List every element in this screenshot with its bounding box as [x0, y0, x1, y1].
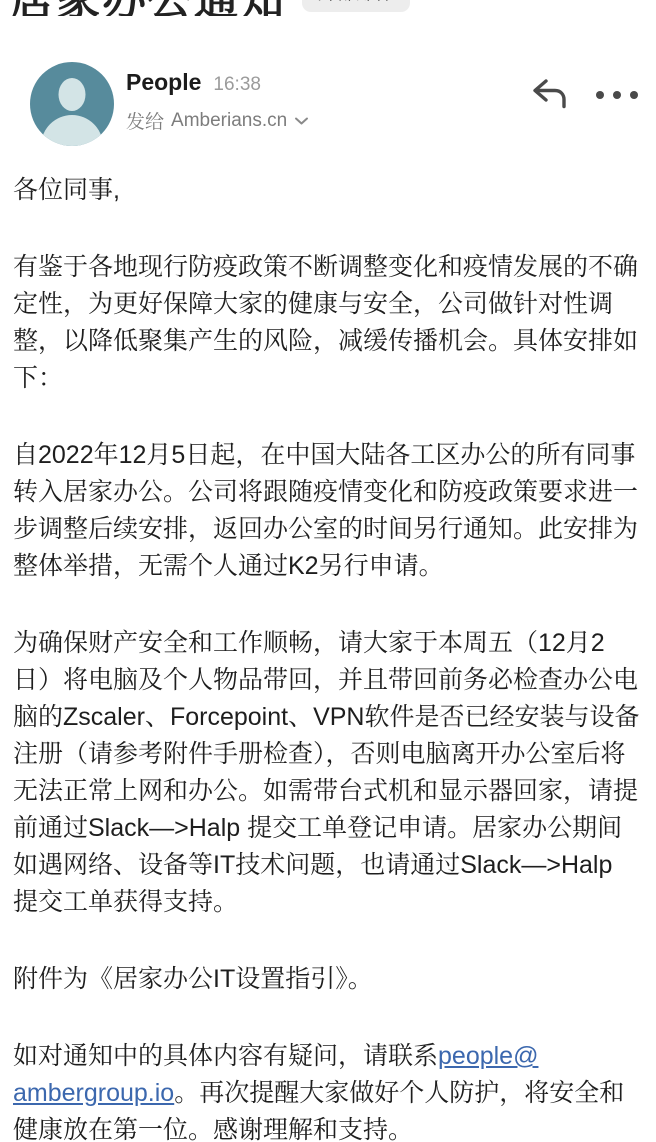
message-body: 各位同事, 有鉴于各地现行防疫政策不断调整变化和疫情发展的不确定性，为更好保障大… [13, 172, 641, 1142]
avatar-person-icon [59, 78, 86, 111]
body-paragraph-1: 有鉴于各地现行防疫政策不断调整变化和疫情发展的不确定性，为更好保障大家的健康与安… [13, 249, 641, 397]
chevron-down-icon [294, 110, 309, 132]
more-button[interactable] [596, 91, 638, 99]
sender-row: People 16:38 [126, 69, 309, 96]
email-link-part1[interactable]: people@ [438, 1042, 538, 1070]
header-actions [531, 78, 640, 112]
recipient-toggle[interactable]: 发给 Amberians.cn [126, 107, 309, 134]
email-read-view: 居家办公通知 外部邮件 People 16:38 发给 Amberians.cn [0, 0, 656, 1142]
body-paragraph-3: 为确保财产安全和工作顺畅，请大家于本周五（12月2日）将电脑及个人物品带回，并且… [13, 625, 641, 921]
attachment-note-paragraph: 附件为《居家办公IT设置指引》。 [13, 961, 641, 998]
email-link-part2[interactable]: ambergroup.io [13, 1079, 174, 1107]
recipient-name: Amberians.cn [171, 110, 287, 132]
reply-icon [531, 78, 568, 112]
subject-inner: 居家办公通知 外部邮件 [10, 0, 410, 16]
avatar-person-icon-body [41, 115, 103, 146]
ellipsis-icon [596, 91, 638, 99]
contact-text-before: 如对通知中的具体内容有疑问，请联系 [13, 1042, 438, 1070]
salutation: 各位同事, [13, 172, 641, 209]
sender-name: People [126, 69, 201, 96]
to-prefix-label: 发给 [126, 107, 164, 134]
subject-tag-badge: 外部邮件 [302, 0, 410, 12]
received-time: 16:38 [213, 74, 261, 96]
sender-header: People 16:38 发给 Amberians.cn [30, 62, 640, 146]
sender-avatar[interactable] [30, 62, 114, 146]
sender-info: People 16:38 发给 Amberians.cn [126, 62, 309, 134]
subject-title: 居家办公通知 [10, 0, 286, 16]
reply-button[interactable] [531, 78, 568, 112]
body-paragraph-2: 自2022年12月5日起，在中国大陆各工区办公的所有同事转入居家办公。公司将跟随… [13, 437, 641, 585]
subject-row: 居家办公通知 外部邮件 [0, 0, 656, 16]
contact-paragraph: 如对通知中的具体内容有疑问，请联系people@ambergroup.io。再次… [13, 1038, 641, 1142]
